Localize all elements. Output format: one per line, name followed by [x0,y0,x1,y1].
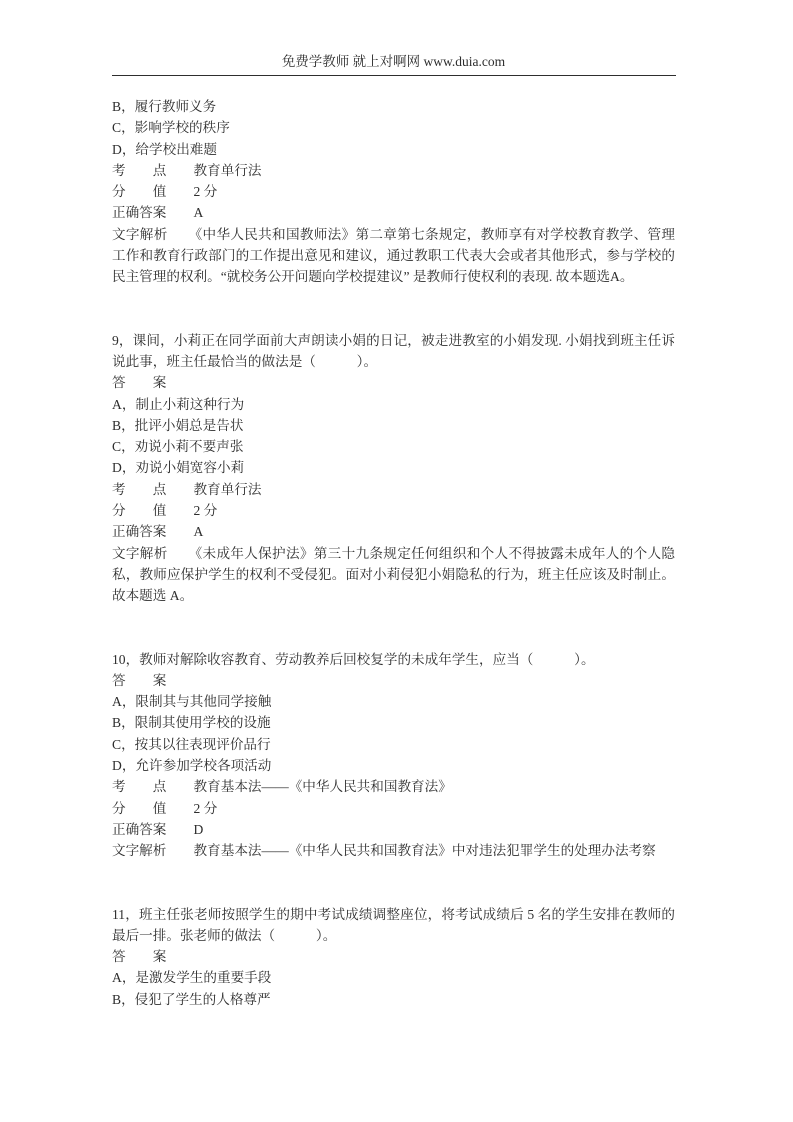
exam-point-line: 考 点 教育基本法——《中华人民共和国教育法》 [112,776,675,797]
option-line-b: B，侵犯了学生的人格尊严 [112,989,675,1010]
question-text: 11，班主任张老师按照学生的期中考试成绩调整座位，将考试成绩后 5 名的学生安排… [112,904,675,947]
question-block-10: 10，教师对解除收容教育、劳动教养后回校复学的未成年学生，应当（ ）。 答 案 … [112,649,675,862]
header-rule [112,75,676,76]
correct-answer-line: 正确答案 D [112,819,675,840]
score-line: 分 值 2 分 [112,798,675,819]
option-line-d: D，给学校出难题 [112,139,675,160]
option-line-b: B，批评小娟总是告状 [112,415,675,436]
exam-point-line: 考 点 教育单行法 [112,160,675,181]
option-line-a: A，是激发学生的重要手段 [112,967,675,988]
option-line-a: A，限制其与其他同学接触 [112,691,675,712]
option-line-a: A，制止小莉这种行为 [112,394,675,415]
site-header-text: 免费学教师 就上对啊网 www.duia.com [282,54,505,69]
question-block-8: B，履行教师义务 C，影响学校的秩序 D，给学校出难题 考 点 教育单行法 分 … [112,96,675,288]
site-header: 免费学教师 就上对啊网 www.duia.com [112,0,675,70]
answer-label-line: 答 案 [112,670,675,691]
option-line-d: D，允许参加学校各项活动 [112,755,675,776]
question-block-9: 9，课间，小莉正在同学面前大声朗读小娟的日记，被走进教室的小娟发现. 小娟找到班… [112,330,675,607]
score-line: 分 值 2 分 [112,500,675,521]
option-line-d: D，劝说小娟宽容小莉 [112,457,675,478]
page-content: B，履行教师义务 C，影响学校的秩序 D，给学校出难题 考 点 教育单行法 分 … [112,96,675,1010]
question-text: 10，教师对解除收容教育、劳动教养后回校复学的未成年学生，应当（ ）。 [112,649,675,670]
option-line-c: C，影响学校的秩序 [112,117,675,138]
analysis-paragraph: 文字解析 教育基本法——《中华人民共和国教育法》中对违法犯罪学生的处理办法考察 [112,840,675,861]
exam-point-line: 考 点 教育单行法 [112,479,675,500]
answer-label-line: 答 案 [112,372,675,393]
analysis-paragraph: 文字解析 《未成年人保护法》第三十九条规定任何组织和个人不得披露未成年人的个人隐… [112,543,675,607]
correct-answer-line: 正确答案 A [112,202,675,223]
correct-answer-line: 正确答案 A [112,521,675,542]
option-line-c: C，劝说小莉不要声张 [112,436,675,457]
option-line-b: B，履行教师义务 [112,96,675,117]
option-line-c: C，按其以往表现评价品行 [112,734,675,755]
document-page: 免费学教师 就上对啊网 www.duia.com B，履行教师义务 C，影响学校… [0,0,793,1122]
question-text: 9，课间，小莉正在同学面前大声朗读小娟的日记，被走进教室的小娟发现. 小娟找到班… [112,330,675,373]
score-line: 分 值 2 分 [112,181,675,202]
option-line-b: B，限制其使用学校的设施 [112,712,675,733]
answer-label-line: 答 案 [112,946,675,967]
question-block-11: 11，班主任张老师按照学生的期中考试成绩调整座位，将考试成绩后 5 名的学生安排… [112,904,675,1010]
analysis-paragraph: 文字解析 《中华人民共和国教师法》第二章第七条规定，教师享有对学校教育教学、管理… [112,224,675,288]
